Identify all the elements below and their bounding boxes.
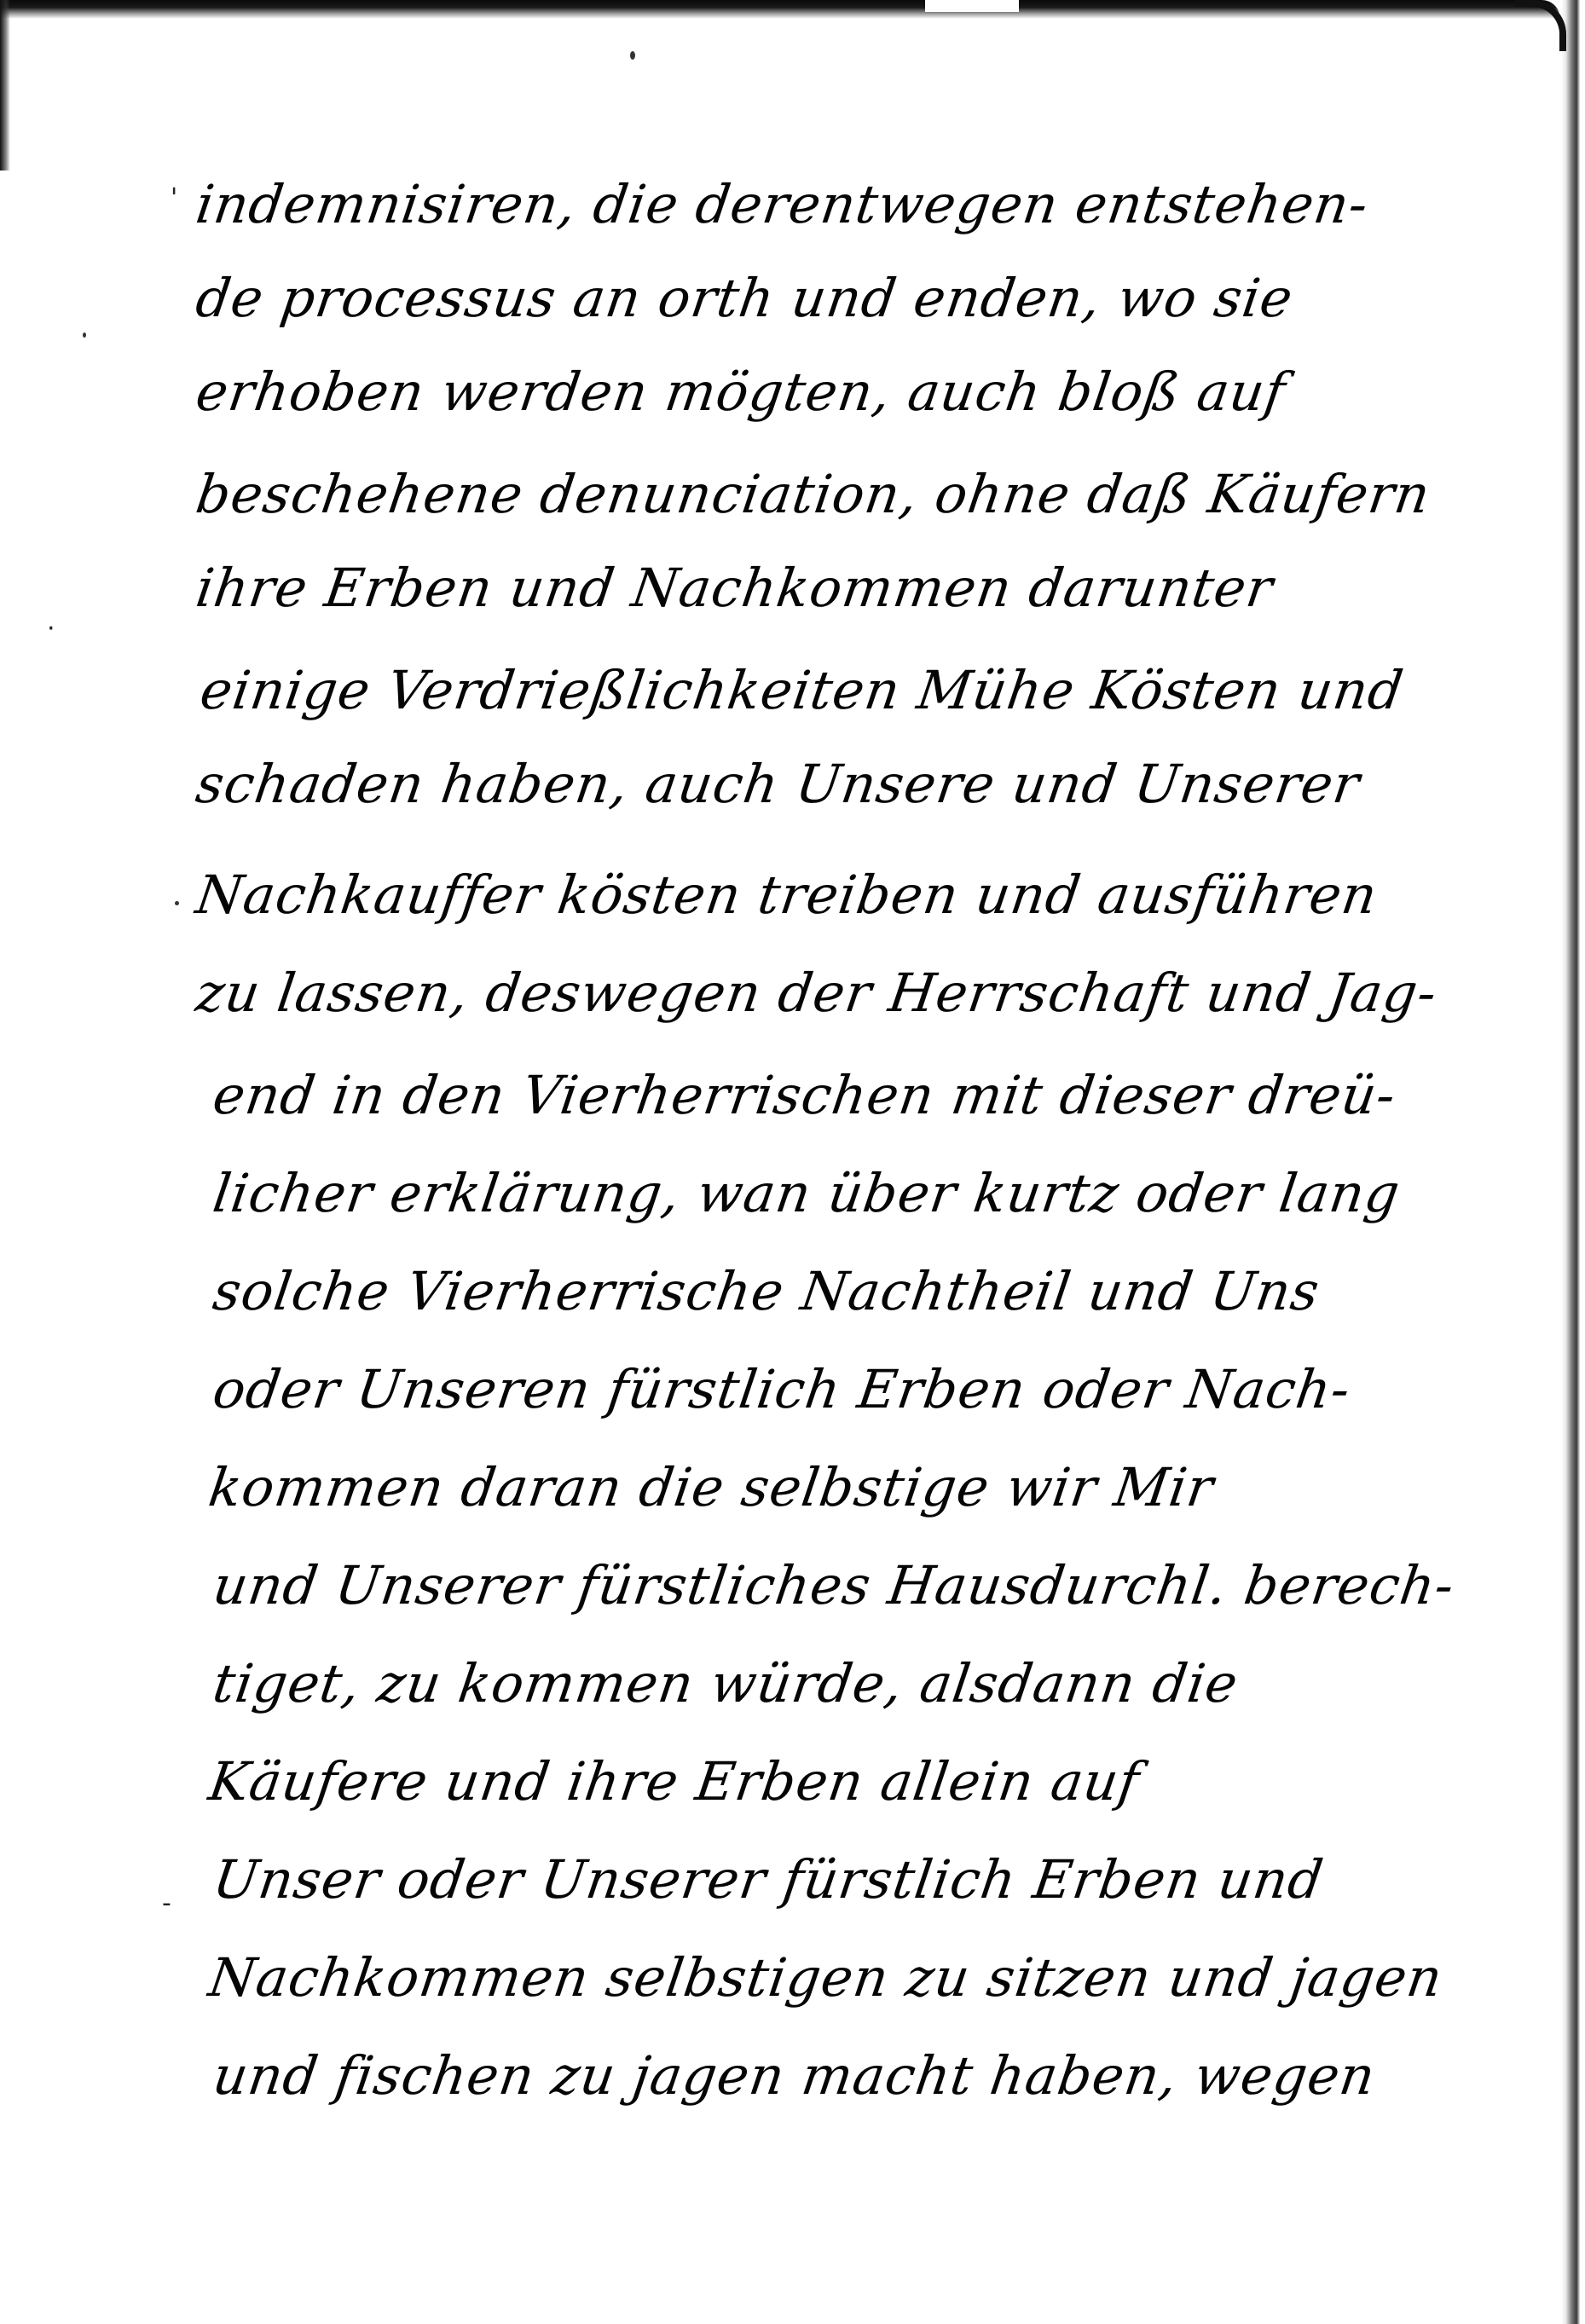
margin-dash: - <box>162 1888 171 1918</box>
margin-dot: · <box>47 614 55 644</box>
text-line: beschehene denunciation, ohne daß Käufer… <box>192 460 1531 529</box>
text-line: einige Verdrießlichkeiten Mühe Kösten un… <box>196 656 1536 725</box>
text-line: indemnisiren, die derentwegen entstehen- <box>192 171 1531 239</box>
margin-tick: ' <box>171 183 177 213</box>
text-line: end in den Vierherrischen mit dieser dre… <box>209 1061 1548 1130</box>
text-line: und fischen zu jagen macht haben, wegen <box>209 2042 1548 2110</box>
text-line: licher erklärung, wan über kurtz oder la… <box>209 1159 1548 1228</box>
text-line: Nachkommen selbstigen zu sitzen und jage… <box>205 1944 1544 2012</box>
text-line: Nachkauffer kösten treiben und ausführen <box>192 861 1531 929</box>
text-line: Unser oder Unserer fürstlich Erben und <box>209 1846 1548 1914</box>
ink-speck <box>175 901 179 905</box>
text-line: tiget, zu kommen würde, alsdann die <box>209 1650 1548 1718</box>
text-line: de processus an orth und enden, wo sie <box>192 264 1531 332</box>
manuscript-page: indemnisiren, die derentwegen entstehen-… <box>0 0 1585 2324</box>
text-line: solche Vierherrische Nachtheil und Uns <box>209 1257 1548 1326</box>
ink-speck <box>83 332 86 338</box>
text-line: Käufere und ihre Erben allein auf <box>205 1748 1544 1816</box>
text-line: oder Unseren fürstlich Erben oder Nach- <box>209 1356 1548 1424</box>
ink-speck <box>630 51 635 60</box>
text-line: ihre Erben und Nachkommen darunter <box>192 554 1531 622</box>
text-line: schaden haben, auch Unsere und Unserer <box>192 750 1531 818</box>
text-line: erhoben werden mögten, auch bloß auf <box>192 358 1531 426</box>
text-line: und Unserer fürstliches Hausdurchl. bere… <box>209 1552 1548 1620</box>
handwritten-text-block: indemnisiren, die derentwegen entstehen-… <box>0 0 1585 2324</box>
text-line: zu lassen, deswegen der Herrschaft und J… <box>192 959 1531 1027</box>
text-line: kommen daran die selbstige wir Mir <box>205 1454 1544 1522</box>
